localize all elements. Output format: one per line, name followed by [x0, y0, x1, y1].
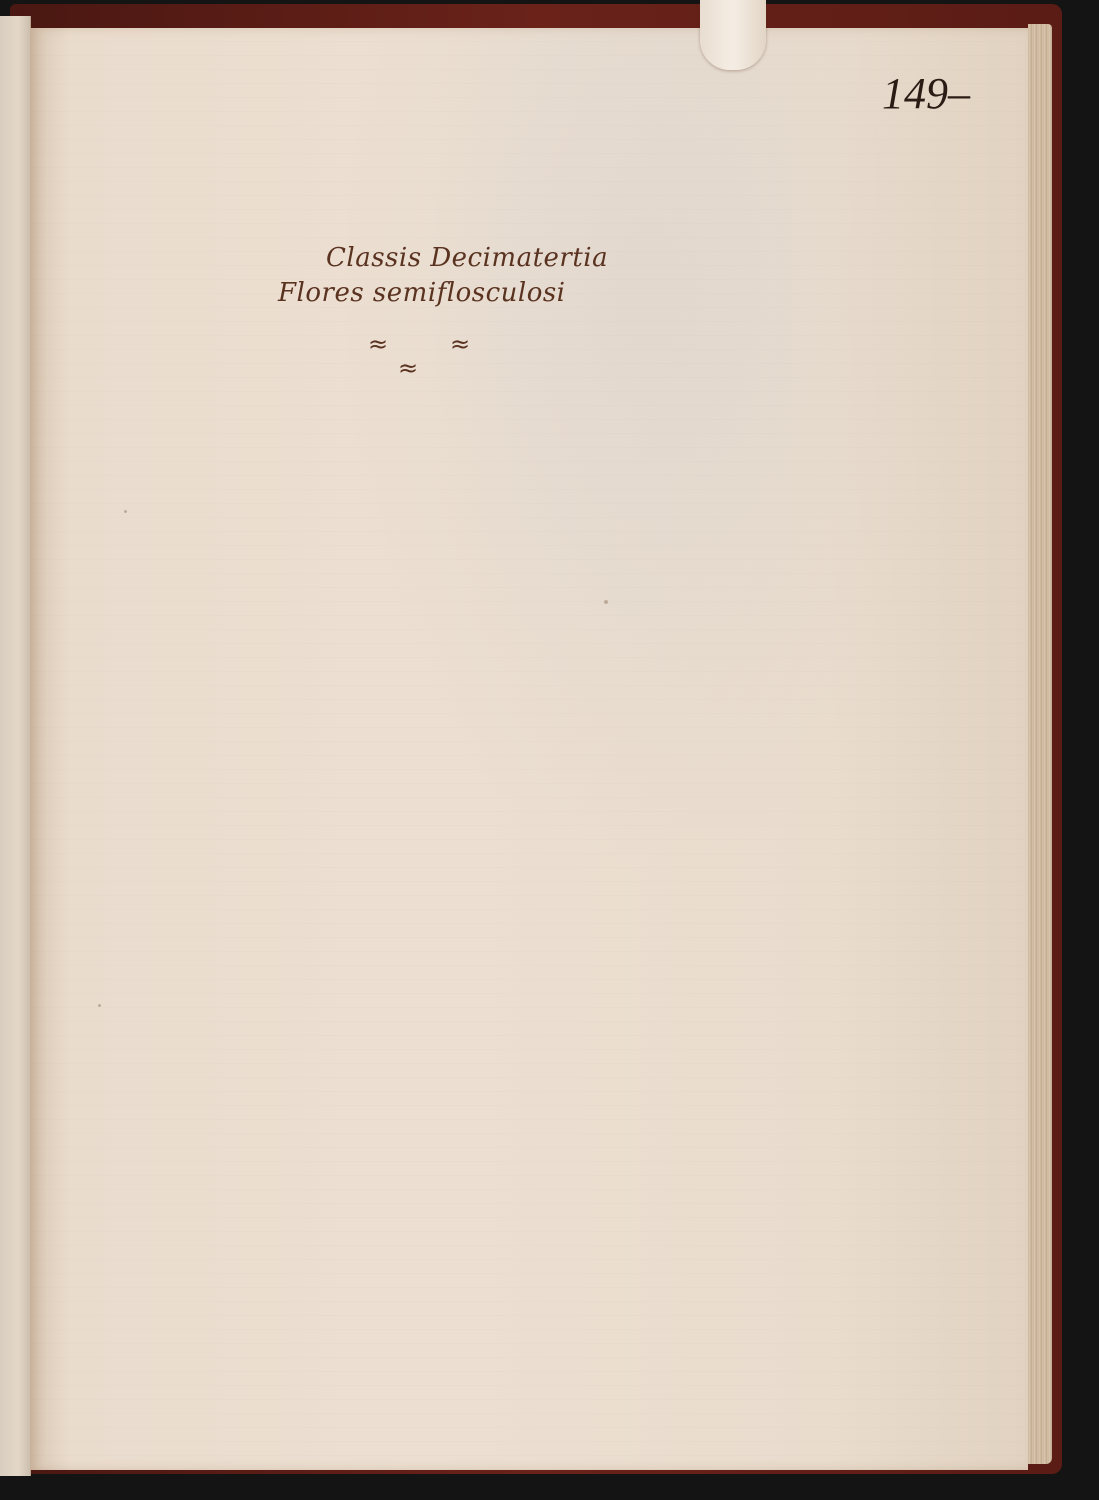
bookmark-tab — [700, 0, 766, 70]
wavy-ornament-icon: ≈ — [368, 330, 388, 358]
recto-page: 149– Classis Decimatertia Flores semiflo… — [30, 28, 1028, 1470]
folio-number: 149– — [882, 68, 970, 119]
verso-page-edge — [0, 16, 31, 1476]
paper-speck — [604, 600, 608, 604]
heading-line-2: Flores semiflosculosi — [278, 278, 566, 308]
wavy-ornament-icon: ≈ — [398, 354, 418, 382]
wavy-ornament-icon: ≈ — [450, 330, 470, 358]
page-fore-edge — [1028, 24, 1052, 1464]
heading-line-1: Classis Decimatertia — [326, 243, 608, 273]
paper-speck — [124, 510, 127, 513]
paper-speck — [98, 1004, 101, 1007]
